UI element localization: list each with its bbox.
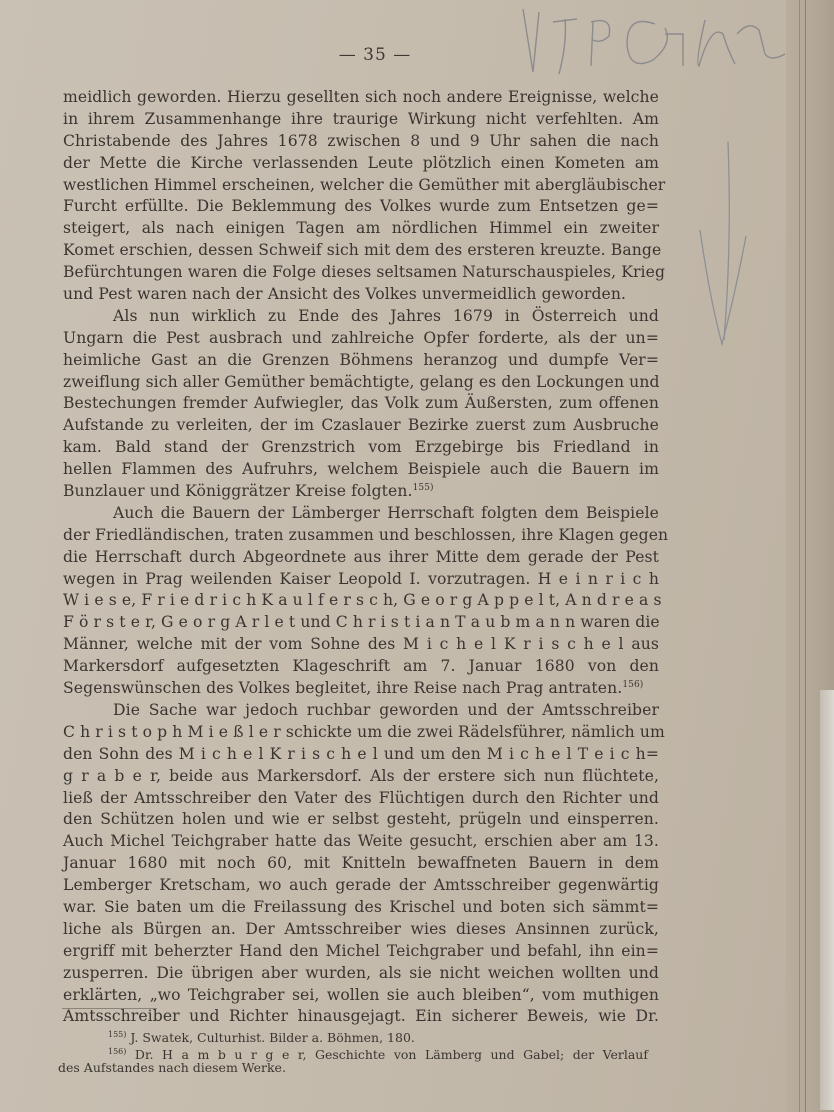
text-line: zweiflung sich aller Gemüther bemächtigt…	[63, 372, 659, 394]
body-text: meidlich geworden. Hierzu gesellten sich…	[63, 87, 659, 1028]
text-line: Amtsschreiber und Richter hinausgejagt. …	[63, 1006, 659, 1028]
footnote-mark: 156)	[108, 1047, 126, 1056]
text-line-with-footnote: Segenswünschen des Volkes begleitet, ihr…	[63, 678, 659, 700]
text-line: Die Sache war jedoch ruchbar geworden un…	[63, 700, 659, 722]
footnote-mark: 155)	[108, 1030, 126, 1039]
text-line: Auch die Bauern der Lämberger Herrschaft…	[63, 503, 659, 525]
text-line: Auch Michel Teichgraber hatte das Weite …	[63, 831, 659, 853]
text-line: war. Sie baten um die Freilassung des Kr…	[63, 897, 659, 919]
text-line: Lemberger Kretscham, wo auch gerade der …	[63, 875, 659, 897]
text-line: die Herrschaft durch Abgeordnete aus ihr…	[63, 547, 659, 569]
text-line: Männer, welche mit der vom Sohne des M i…	[63, 634, 659, 656]
text-line: westlichen Himmel erscheinen, welcher di…	[63, 175, 659, 197]
text-line: Befürchtungen waren die Folge dieses sel…	[63, 262, 659, 284]
text-line: W i e s e, F r i e d r i c h K a u l f e…	[63, 590, 659, 612]
text-line: meidlich geworden. Hierzu gesellten sich…	[63, 87, 659, 109]
page-number: — 35 —	[300, 45, 450, 65]
footnote-156-continued: des Aufstandes nach diesem Werke.	[58, 1060, 648, 1077]
text-line: Januar 1680 mit noch 60, mit Knitteln be…	[63, 853, 659, 875]
footnote-divider	[62, 1008, 157, 1009]
text-line: F ö r s t e r, G e o r g A r l e t und C…	[63, 612, 659, 634]
text-line: hellen Flammen des Aufruhrs, welchem Bei…	[63, 459, 659, 481]
text-line: Furcht erfüllte. Die Beklemmung des Volk…	[63, 196, 659, 218]
pencil-annotation	[515, 4, 795, 84]
text-line: Ungarn die Pest ausbrach und zahlreiche …	[63, 328, 659, 350]
text-line: Christabende des Jahres 1678 zwischen 8 …	[63, 131, 659, 153]
page-edge-highlight	[820, 690, 834, 1110]
text-line: den Sohn des M i c h e l K r i s c h e l…	[63, 744, 659, 766]
text-line: ließ der Amtsschreiber den Vater des Flü…	[63, 788, 659, 810]
text-line: Komet erschien, dessen Schweif sich mit …	[63, 240, 659, 262]
text-line: in ihrem Zusammenhange ihre traurige Wir…	[63, 109, 659, 131]
footnote-text: J. Swatek, Culturhist. Bilder a. Böhmen,…	[130, 1030, 415, 1045]
text-line: C h r i s t o p h M i e ß l e r schickte…	[63, 722, 659, 744]
text-line: wegen in Prag weilenden Kaiser Leopold I…	[63, 569, 659, 591]
text-line: Bestechungen fremder Aufwiegler, das Vol…	[63, 393, 659, 415]
text-line: liche als Bürgen an. Der Amtsschreiber w…	[63, 919, 659, 941]
footnote-156: 156) Dr. H a m b u r g e r, Geschichte v…	[58, 1044, 648, 1061]
footnote-ref-155[interactable]: 155)	[413, 483, 434, 493]
text-line: und Pest waren nach der Ansicht des Volk…	[63, 284, 659, 306]
pencil-arrow-mark	[690, 140, 750, 350]
text-line: der Friedländischen, traten zusammen und…	[63, 525, 659, 547]
footnotes: 155) J. Swatek, Culturhist. Bilder a. Bö…	[58, 1027, 648, 1077]
text-line: zusperren. Die übrigen aber wurden, als …	[63, 963, 659, 985]
page-edge-line	[799, 0, 800, 1112]
text-line: Als nun wirklich zu Ende des Jahres 1679…	[63, 306, 659, 328]
text-line-with-footnote: Bunzlauer und Königgrätzer Kreise folgte…	[63, 481, 659, 503]
text-line: g r a b e r, beide aus Markersdorf. Als …	[63, 766, 659, 788]
text-line: der Mette die Kirche verlassenden Leute …	[63, 153, 659, 175]
text-line: Markersdorf aufgesetzten Klageschrift am…	[63, 656, 659, 678]
text-line: steigert, als nach einigen Tagen am nörd…	[63, 218, 659, 240]
page-edge	[786, 0, 834, 1112]
text-line: Aufstande zu verleiten, der im Czaslauer…	[63, 415, 659, 437]
text-line: kam. Bald stand der Grenzstrich vom Erzg…	[63, 437, 659, 459]
text-line: erklärten, „wo Teichgraber sei, wollen s…	[63, 985, 659, 1007]
footnote-ref-156[interactable]: 156)	[622, 680, 643, 690]
text-line: heimliche Gast an die Grenzen Böhmens he…	[63, 350, 659, 372]
page-edge-line	[805, 0, 806, 1112]
text-line: Bunzlauer und Königgrätzer Kreise folgte…	[63, 482, 413, 500]
footnote-155: 155) J. Swatek, Culturhist. Bilder a. Bö…	[58, 1027, 648, 1044]
text-line: ergriff mit beherzter Hand den Michel Te…	[63, 941, 659, 963]
text-line: den Schützen holen und wie er selbst ges…	[63, 809, 659, 831]
text-line: Segenswünschen des Volkes begleitet, ihr…	[63, 679, 622, 697]
